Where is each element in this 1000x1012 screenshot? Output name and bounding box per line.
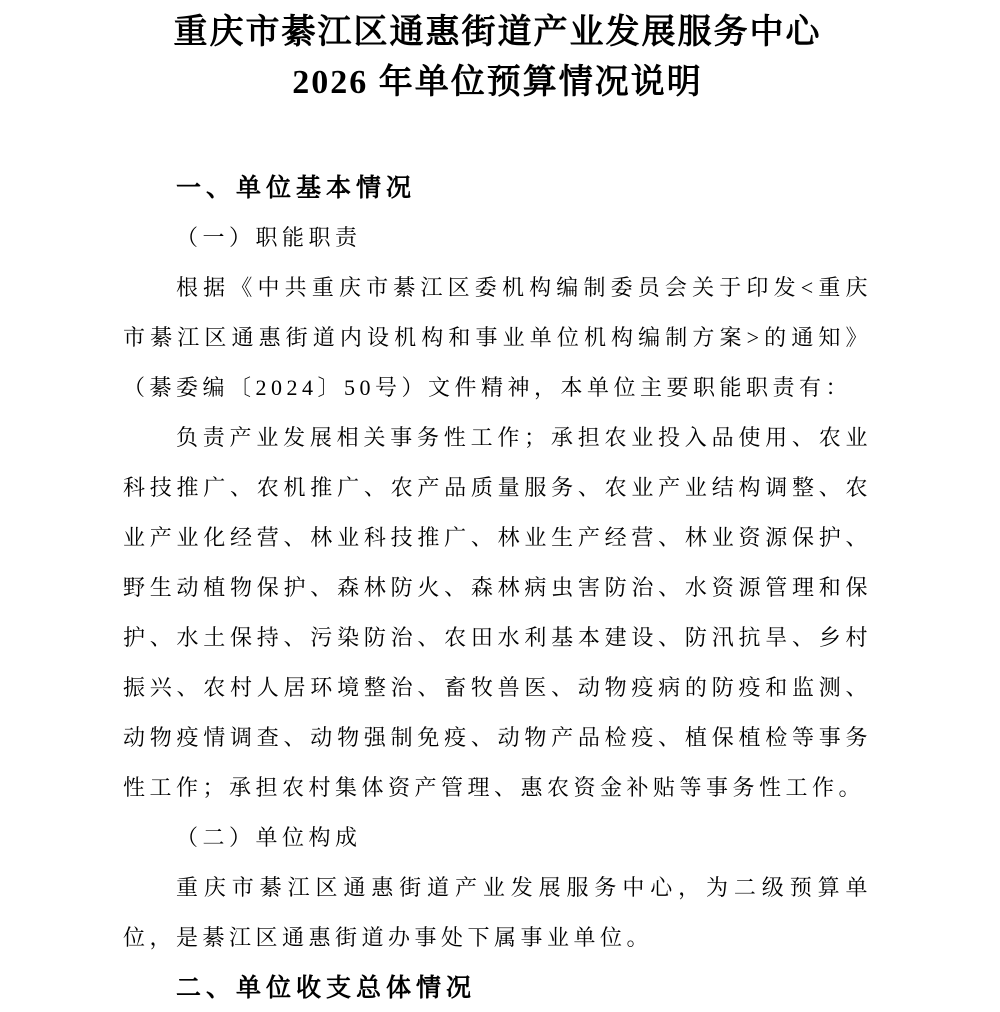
document-page: 重庆市綦江区通惠街道产业发展服务中心 2026 年单位预算情况说明 一、单位基本… xyxy=(0,0,1000,1012)
section-1-2-heading: （二）单位构成 xyxy=(123,813,872,863)
section-2-heading: 二、单位收支总体情况 xyxy=(123,963,872,1012)
document-title: 重庆市綦江区通惠街道产业发展服务中心 2026 年单位预算情况说明 xyxy=(123,8,872,108)
section-1-1-heading: （一）职能职责 xyxy=(123,213,872,263)
document-title-line1: 重庆市綦江区通惠街道产业发展服务中心 xyxy=(123,8,872,58)
title-spacer xyxy=(123,108,872,163)
document-title-line2: 2026 年单位预算情况说明 xyxy=(123,58,872,108)
paragraph-unit-composition: 重庆市綦江区通惠街道产业发展服务中心，为二级预算单位，是綦江区通惠街道办事处下属… xyxy=(123,863,872,963)
section-1-heading: 一、单位基本情况 xyxy=(123,163,872,213)
paragraph-duties: 负责产业发展相关事务性工作；承担农业投入品使用、农业科技推广、农机推广、农产品质… xyxy=(123,413,872,813)
paragraph-legal-basis: 根据《中共重庆市綦江区委机构编制委员会关于印发<重庆市綦江区通惠街道内设机构和事… xyxy=(123,263,872,413)
